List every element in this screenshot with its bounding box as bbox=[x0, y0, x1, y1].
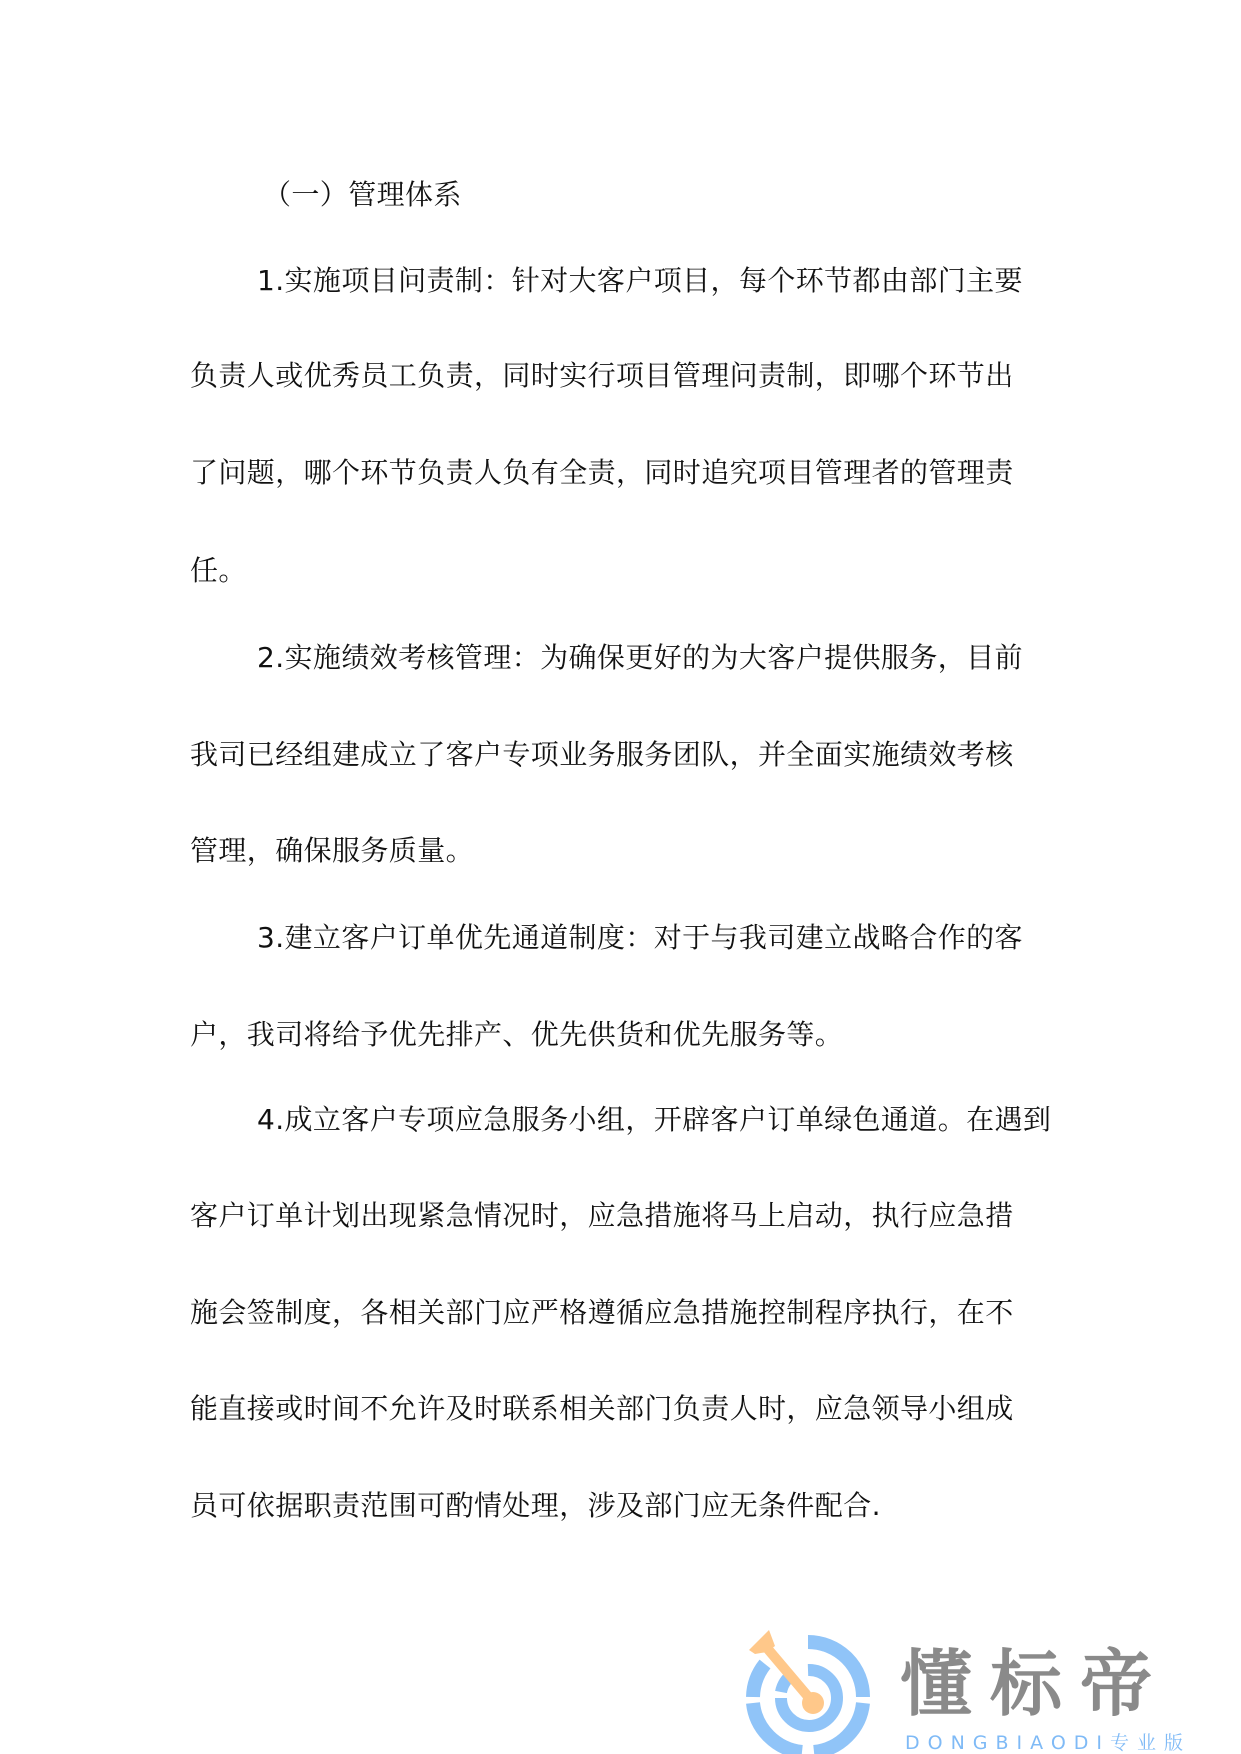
paragraph-line: 负责人或优秀员工负责，同时实行项目管理问责制，即哪个环节出 bbox=[190, 359, 1014, 393]
paragraph-line: 能直接或时间不允许及时联系相关部门负责人时，应急领导小组成 bbox=[190, 1392, 1014, 1426]
brand-name: 懂标帝 bbox=[900, 1644, 1170, 1724]
paragraph-line: 我司已经组建成立了客户专项业务服务团队，并全面实施绩效考核 bbox=[190, 738, 1014, 772]
paragraph-line: 4.成立客户专项应急服务小组，开辟客户订单绿色通道。在遇到 bbox=[257, 1103, 1051, 1137]
section-title: （一）管理体系 bbox=[263, 178, 462, 212]
paragraph-line: 任。 bbox=[190, 554, 247, 588]
watermark-logo: 懂标帝 DONGBIAODI专业版 bbox=[745, 1628, 1215, 1754]
paragraph-line: 2.实施绩效考核管理：为确保更好的为大客户提供服务，目前 bbox=[257, 641, 1023, 675]
paragraph-line: 员可依据职责范围可酌情处理，涉及部门应无条件配合. bbox=[190, 1489, 881, 1523]
paragraph-line: 客户订单计划出现紧急情况时，应急措施将马上启动，执行应急措 bbox=[190, 1199, 1014, 1233]
paragraph-line: 施会签制度，各相关部门应严格遵循应急措施控制程序执行，在不 bbox=[190, 1296, 1014, 1330]
paragraph-line: 户，我司将给予优先排产、优先供货和优先服务等。 bbox=[190, 1018, 843, 1052]
target-arrow-icon bbox=[745, 1628, 875, 1754]
paragraph-line: 3.建立客户订单优先通道制度：对于与我司建立战略合作的客 bbox=[257, 921, 1023, 955]
brand-subtitle: DONGBIAODI专业版 bbox=[905, 1732, 1191, 1754]
paragraph-line: 管理，确保服务质量。 bbox=[190, 834, 474, 868]
paragraph-line: 了问题，哪个环节负责人负有全责，同时追究项目管理者的管理责 bbox=[190, 456, 1014, 490]
paragraph-line: 1.实施项目问责制：针对大客户项目，每个环节都由部门主要 bbox=[257, 264, 1023, 298]
